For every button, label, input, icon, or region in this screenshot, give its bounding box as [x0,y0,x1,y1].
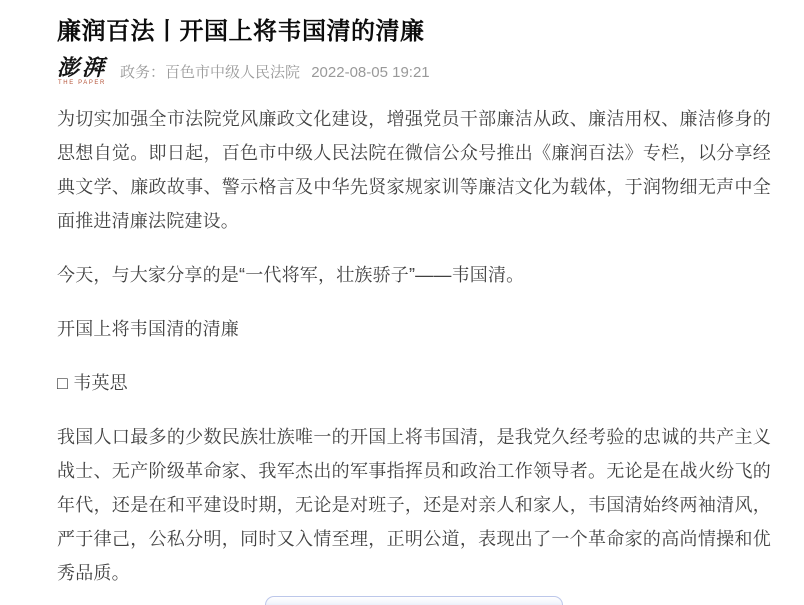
paragraph: 开国上将韦国清的清廉 [57,312,771,346]
source-account-link[interactable]: 政务：百色市中级人民法院 [120,64,300,81]
thepaper-logo-zh: 澎湃 [57,57,107,79]
article-image-top-edge [265,596,563,605]
thepaper-logo[interactable]: 澎湃 THE PAPER [57,57,107,86]
publish-timestamp: 2022-08-05 19:21 [311,64,429,81]
source-line: 政务：百色市中级人民法院 2022-08-05 19:21 [120,61,430,82]
paragraph: 我国人口最多的少数民族壮族唯一的开国上将韦国清，是我党久经考验的忠诚的共产主义战… [57,420,771,590]
article-meta: 澎湃 THE PAPER 政务：百色市中级人民法院 2022-08-05 19:… [57,56,771,86]
paragraph: 今天，与大家分享的是“一代将军，壮族骄子”——韦国清。 [57,258,771,292]
article-page: 廉润百法丨开国上将韦国清的清廉 澎湃 THE PAPER 政务：百色市中级人民法… [57,15,771,605]
article-body: 为切实加强全市法院党风廉政文化建设，增强党员干部廉洁从政、廉洁用权、廉洁修身的思… [57,102,771,605]
page-title: 廉润百法丨开国上将韦国清的清廉 [57,15,771,48]
paragraph: 为切实加强全市法院党风廉政文化建设，增强党员干部廉洁从政、廉洁用权、廉洁修身的思… [57,102,771,238]
thepaper-logo-en: THE PAPER [58,80,106,86]
paragraph-author: □ 韦英思 [57,366,771,400]
